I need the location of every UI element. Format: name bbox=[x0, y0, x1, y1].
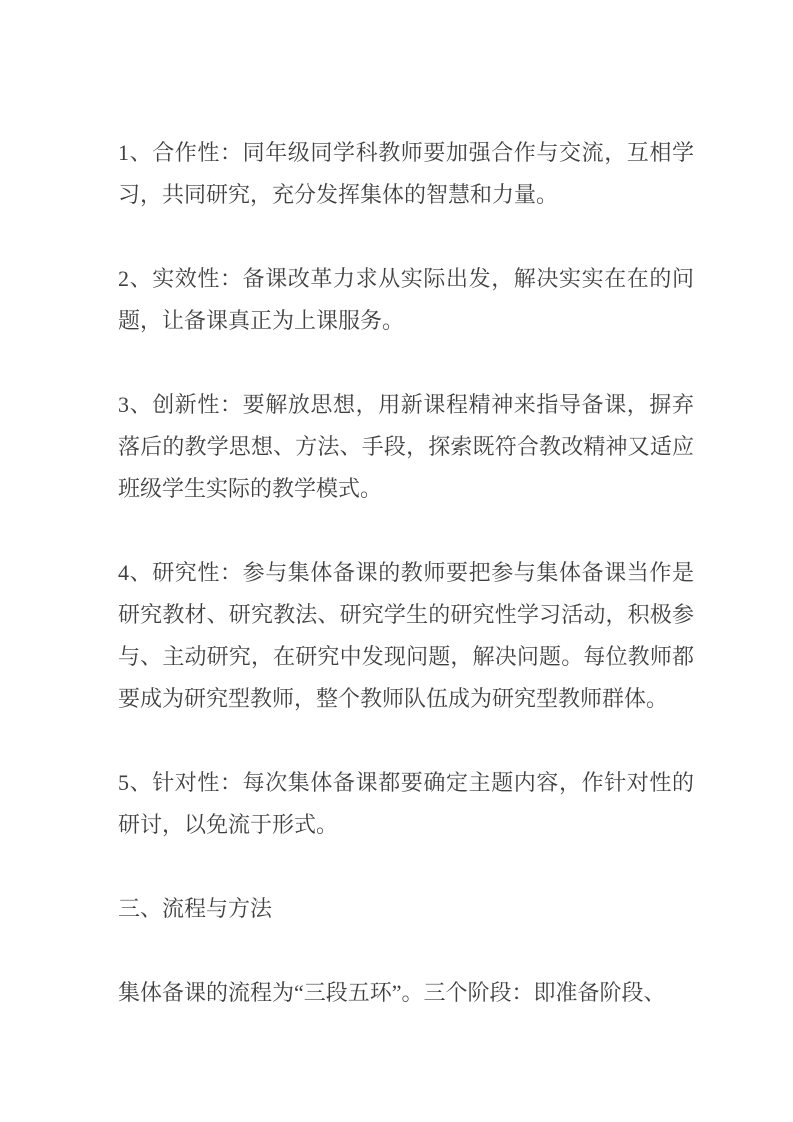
list-item-4-research: 4、研究性：参与集体备课的教师要把参与集体备课当作是研究教材、研究教法、研究学生… bbox=[118, 552, 694, 720]
body-paragraph-process-intro: 集体备课的流程为“三段五环”。三个阶段：即准备阶段、 bbox=[118, 972, 694, 1014]
document-page: 1、合作性：同年级同学科教师要加强合作与交流，互相学习，共同研究，充分发挥集体的… bbox=[0, 0, 793, 1122]
list-item-5-pertinence: 5、针对性：每次集体备课都要确定主题内容，作针对性的研讨，以免流于形式。 bbox=[118, 762, 694, 846]
list-item-2-effectiveness: 2、实效性：备课改革力求从实际出发，解决实实在在的问题，让备课真正为上课服务。 bbox=[118, 258, 694, 342]
list-item-3-innovation: 3、创新性：要解放思想，用新课程精神来指导备课，摒弃落后的教学思想、方法、手段，… bbox=[118, 384, 694, 510]
section-heading-process-method: 三、流程与方法 bbox=[118, 888, 694, 930]
list-item-1-cooperation: 1、合作性：同年级同学科教师要加强合作与交流，互相学习，共同研究，充分发挥集体的… bbox=[118, 132, 694, 216]
